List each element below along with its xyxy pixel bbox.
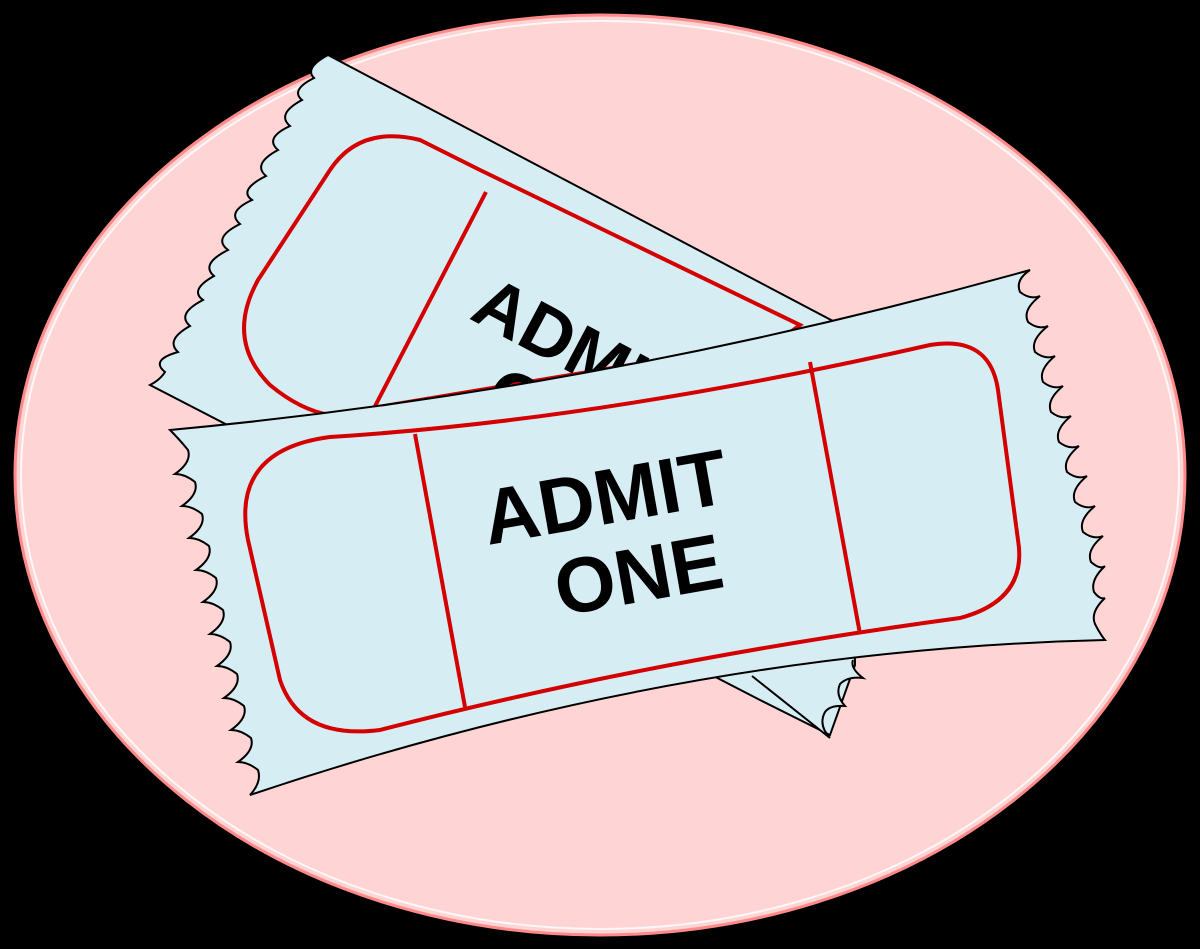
- admit-one-tickets-illustration: ADMIT ONE ADMIT ONE: [0, 0, 1200, 949]
